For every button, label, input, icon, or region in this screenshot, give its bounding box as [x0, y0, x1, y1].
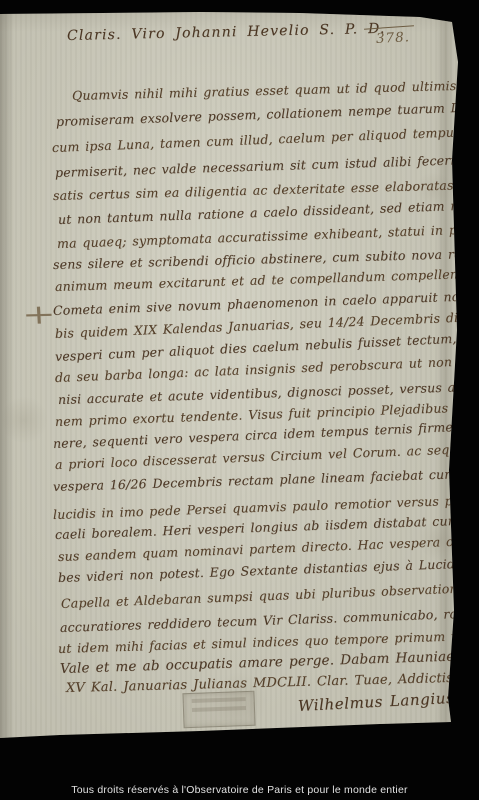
- copyright-caption: Tous droits réservés à l'Observatoire de…: [0, 784, 479, 796]
- manuscript-line: cum ipsa Luna, tamen cum illud, caelum p…: [52, 123, 479, 155]
- stamp-illegible-line: [192, 706, 246, 712]
- manuscript-paper-sheet: Claris. Viro Johanni Hevelio S. P. D. 37…: [0, 0, 479, 800]
- page-number: 378.: [376, 29, 411, 47]
- manuscript-line: satis certus sim ea diligentia ac dexter…: [53, 178, 454, 203]
- letter-salutation: Claris. Viro Johanni Hevelio S. P. D.: [67, 21, 386, 44]
- manuscript-line: Quamvis nihil mihi gratius esset quam ut…: [72, 77, 479, 103]
- manuscript-line: promiseram exsolvere possem, collationem…: [56, 97, 479, 129]
- stamp-illegible-line: [192, 697, 246, 703]
- manuscript-line: permiserit, nec valde necessarium sit cu…: [55, 151, 479, 180]
- signature: Wilhelmus Langius.: [298, 689, 461, 715]
- embossed-archive-stamp: [182, 691, 255, 728]
- manuscript-scan-page: Claris. Viro Johanni Hevelio S. P. D. 37…: [0, 0, 479, 800]
- manuscript-line: Capella et Aldebaran sumpsi quas ubi plu…: [61, 580, 479, 611]
